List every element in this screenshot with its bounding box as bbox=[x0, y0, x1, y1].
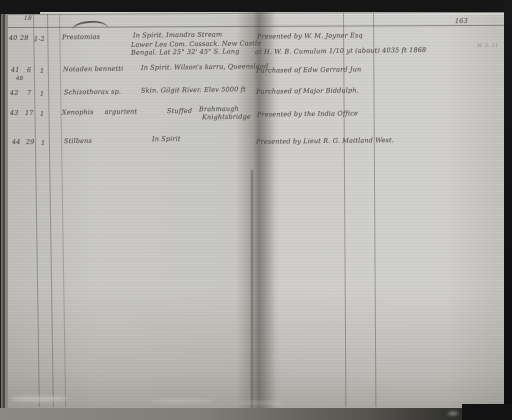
entry-5-species-name: Stilbens bbox=[64, 137, 92, 145]
entry-5-acquisition-line-1: Presented by Lieut R. G. Maitland West. bbox=[256, 136, 394, 146]
right-page-number: 163 bbox=[455, 17, 468, 25]
register-spread: 18 163 W. 2. 11 40 28 1-2 Prestomias In … bbox=[8, 12, 504, 408]
paper-speck bbox=[448, 412, 458, 415]
entry-2-species-name: Notaden bennetti bbox=[63, 65, 123, 74]
entry-1-species-name: Prestomias bbox=[62, 33, 100, 41]
entry-4-register-no: 43 bbox=[10, 109, 19, 117]
entry-2-description-line-1: In Spirit. Wilson's karra, Queensland bbox=[141, 62, 269, 72]
left-page-fore-edges bbox=[0, 12, 8, 408]
left-page-number: 18 bbox=[24, 15, 32, 23]
entry-4-species-name: Xenophis argurient bbox=[62, 108, 137, 117]
entry-2-acquisition-line-1: Purchased of Edw Gerrard Jun bbox=[256, 65, 361, 74]
entry-5-description-line-1: In Spirit bbox=[152, 135, 181, 143]
entry-1-description-line-1: In Spirit. Imandra Stream bbox=[133, 30, 222, 39]
entry-4-day: 17 bbox=[25, 109, 34, 117]
entry-1-acquisition-line-1: Presented by W. M. Joyner Esq bbox=[257, 31, 363, 40]
entry-3-description-line-1: Skin. Gilgit River. Elev 5000 ft bbox=[141, 85, 246, 94]
entry-2-quantity: 1 bbox=[40, 67, 44, 75]
entry-3-quantity: 1 bbox=[40, 90, 44, 98]
entry-2-day: 6 bbox=[27, 66, 31, 74]
pencil-annotation: W. 2. 11 bbox=[477, 42, 498, 50]
entry-1-description-line-2: Lower Lea Com. Cossack. New Castle bbox=[131, 39, 261, 49]
entry-1-register-no: 40 bbox=[9, 34, 18, 42]
entry-1-acquisition-line-2: at H. W. B. Cumulum 1/10 yt (about) 4035… bbox=[255, 46, 426, 56]
table-edge-band bbox=[0, 408, 512, 420]
ink-flourish-mark bbox=[72, 19, 109, 31]
entry-3-register-no: 42 bbox=[10, 89, 19, 97]
entry-3-acquisition-line-1: Purchased of Major Biddulph. bbox=[256, 86, 359, 95]
entry-4-description-line-1: Stuffed bbox=[167, 107, 192, 115]
entry-5-day: 29 bbox=[26, 138, 35, 146]
entry-1-day: 28 bbox=[20, 34, 29, 42]
entry-4-quantity: 1 bbox=[40, 110, 44, 118]
entry-3-day: 7 bbox=[27, 89, 31, 97]
register-photo: 18 163 W. 2. 11 40 28 1-2 Prestomias In … bbox=[0, 0, 512, 420]
photo-corner-top-left bbox=[0, 0, 40, 14]
entry-2-sub-number: 48 bbox=[16, 75, 23, 83]
entry-1-quantity: 1-2 bbox=[34, 35, 45, 43]
photo-background-right bbox=[504, 0, 512, 420]
photo-corner-bottom-right bbox=[462, 404, 512, 420]
entry-1-description-line-3: Bengal. Lat 25° 32' 45" S. Lang bbox=[131, 47, 240, 56]
page-bottom-shading bbox=[8, 288, 504, 408]
entry-5-quantity: 1 bbox=[41, 139, 45, 147]
entry-4-description-line-3: Knightsbridge bbox=[202, 113, 251, 122]
entry-5-register-no: 44 bbox=[12, 138, 21, 146]
entry-2-register-no: 41 bbox=[11, 66, 20, 74]
entry-3-species-name: Schizothorax sp. bbox=[64, 88, 121, 97]
photo-background-top bbox=[0, 0, 512, 12]
entry-4-acquisition-line-1: Presented by the India Office bbox=[257, 109, 358, 118]
